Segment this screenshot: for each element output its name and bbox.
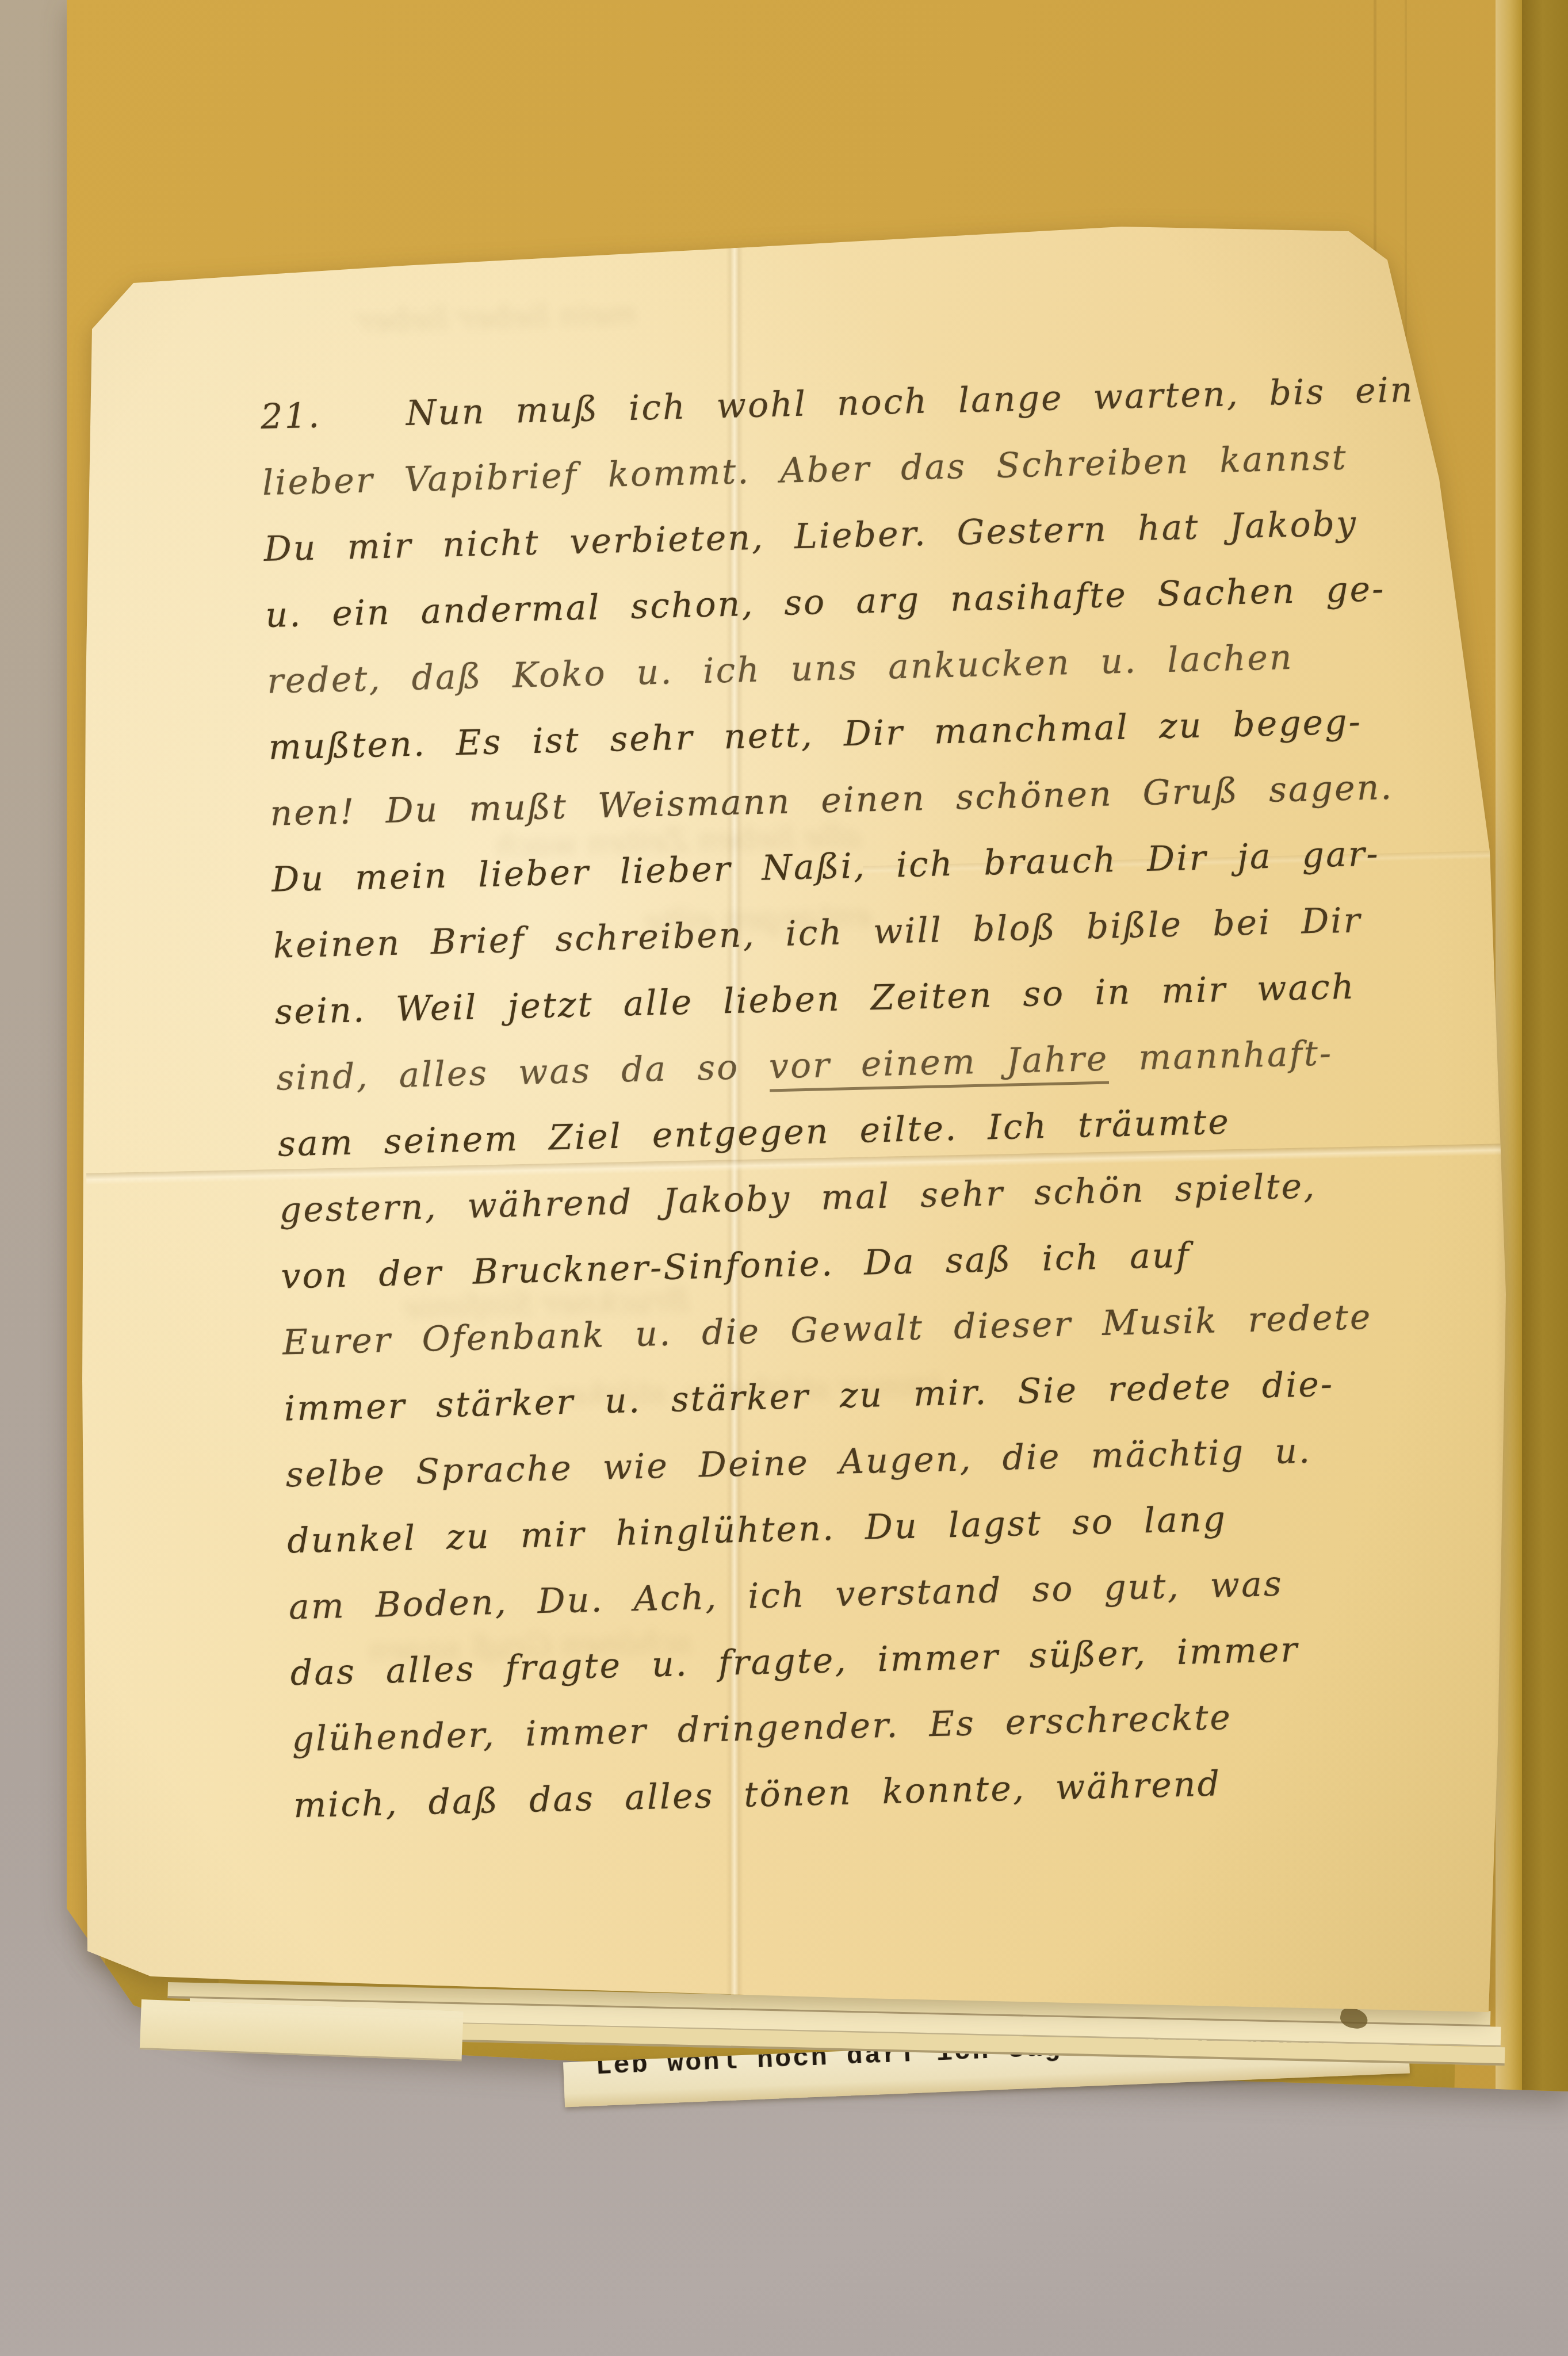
line-text: von der Bruckner-Sinfonie. Da saß ich au… [281, 1235, 1191, 1296]
underlined-phrase: vor einem Jahre [768, 1039, 1109, 1092]
line-text: am Boden, Du. Ach, ich verstand so gut, … [288, 1564, 1283, 1628]
handwriting: 21.Nun muß ich wohl noch lange warten, b… [260, 355, 1548, 1839]
line-text: Du mir nicht verbieten, Lieber. Gestern … [263, 503, 1358, 569]
line-text: sind, alles was da so [276, 1046, 770, 1098]
line-text: gestern, während Jakoby mal sehr schön s… [279, 1166, 1317, 1230]
line-text: keinen Brief schreiben, ich will bloß bi… [273, 900, 1362, 966]
line-text: selbe Sprache wie Deine Augen, die mächt… [285, 1431, 1312, 1495]
letter-shadow: mein lieber lieberalle lieben Zeiten wac… [0, 0, 1568, 2356]
photo-background: Leb wohl noch darf ich sagen: meine Maue… [0, 0, 1568, 2356]
letter-page: mein lieber lieberalle lieben Zeiten wac… [0, 0, 1568, 2356]
line-text: mich, daß das alles tönen konnte, währen… [293, 1764, 1221, 1826]
line-text: Eurer Ofenbank u. die Gewalt dieser Musi… [282, 1297, 1372, 1363]
line-text: sam seinem Ziel entgegen eilte. Ich träu… [277, 1102, 1230, 1165]
line-text: das alles fragte u. fragte, immer süßer,… [290, 1630, 1299, 1693]
line-text: Nun muß ich wohl noch lange warten, bis … [406, 370, 1414, 434]
line-text: sein. Weil jetzt alle lieben Zeiten so i… [274, 966, 1356, 1032]
line-text: immer stärker u. stärker zu mir. Sie red… [284, 1364, 1334, 1429]
line-text: glühender, immer dringender. Es erschrec… [292, 1697, 1233, 1760]
line-text: redet, daß Koko u. ich uns ankucken u. l… [266, 637, 1294, 702]
line-text: u. ein andermal schon, so arg nasihafte … [265, 569, 1386, 636]
line-text: mannhaft- [1108, 1033, 1333, 1078]
line-text: nen! Du mußt Weismann einen schönen Gruß… [270, 767, 1394, 834]
ghost-writing: mein lieber lieber [356, 296, 637, 339]
line-text: dunkel zu mir hinglühten. Du lagst so la… [287, 1499, 1227, 1561]
line-text: Du mein lieber lieber Naßi, ich brauch D… [271, 833, 1380, 900]
line-text: mußten. Es ist sehr nett, Dir manchmal z… [268, 702, 1363, 768]
page-number: 21. [261, 396, 322, 437]
line-text: lieber Vapibrief kommt. Aber das Schreib… [262, 438, 1348, 503]
